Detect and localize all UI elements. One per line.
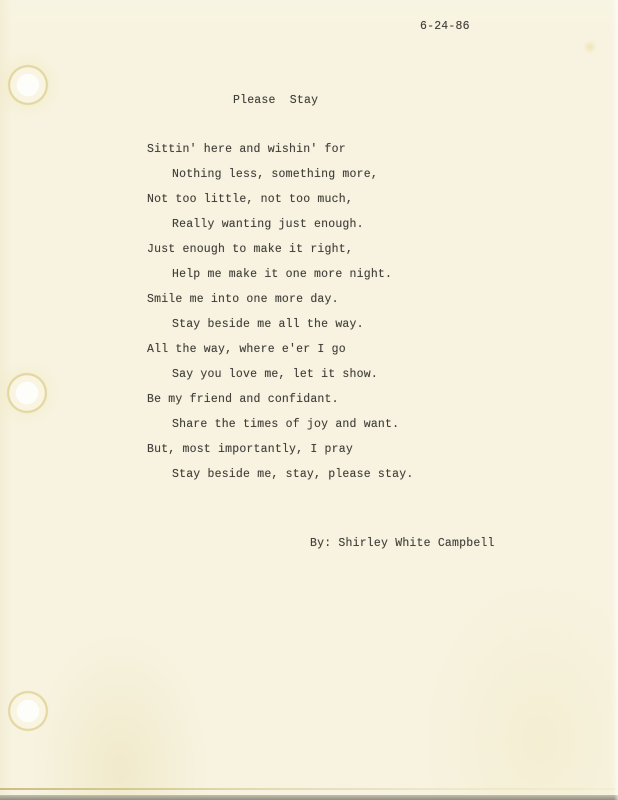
poem-line: Help me make it one more night.: [147, 268, 413, 293]
poem-line: Sittin' here and wishin' for: [147, 143, 413, 168]
poem-line: Not too little, not too much,: [147, 193, 413, 218]
poem-body: Sittin' here and wishin' forNothing less…: [147, 143, 413, 493]
scan-bottom-edge: [0, 795, 618, 800]
poem-line: Really wanting just enough.: [147, 218, 413, 243]
poem-line: Smile me into one more day.: [147, 293, 413, 318]
poem-line: But, most importantly, I pray: [147, 443, 413, 468]
poem-line: Say you love me, let it show.: [147, 368, 413, 393]
scanned-page: 6-24-86 Please Stay Sittin' here and wis…: [0, 0, 618, 800]
poem-line: Be my friend and confidant.: [147, 393, 413, 418]
poem-line: Share the times of joy and want.: [147, 418, 413, 443]
poem-line: Just enough to make it right,: [147, 243, 413, 268]
poem-line: Stay beside me all the way.: [147, 318, 413, 343]
paper-right-edge: [614, 0, 618, 800]
author-attribution: By: Shirley White Campbell: [310, 537, 495, 550]
hole-punch-top: [7, 64, 49, 106]
poem-title: Please Stay: [233, 94, 318, 107]
hole-punch-middle: [6, 372, 48, 414]
poem-line: Nothing less, something more,: [147, 168, 413, 193]
poem-line: Stay beside me, stay, please stay.: [147, 468, 413, 493]
poem-line: All the way, where e'er I go: [147, 343, 413, 368]
hole-punch-bottom: [7, 690, 49, 732]
paper-crease: [0, 788, 618, 790]
handwritten-date: 6-24-86: [420, 20, 470, 33]
